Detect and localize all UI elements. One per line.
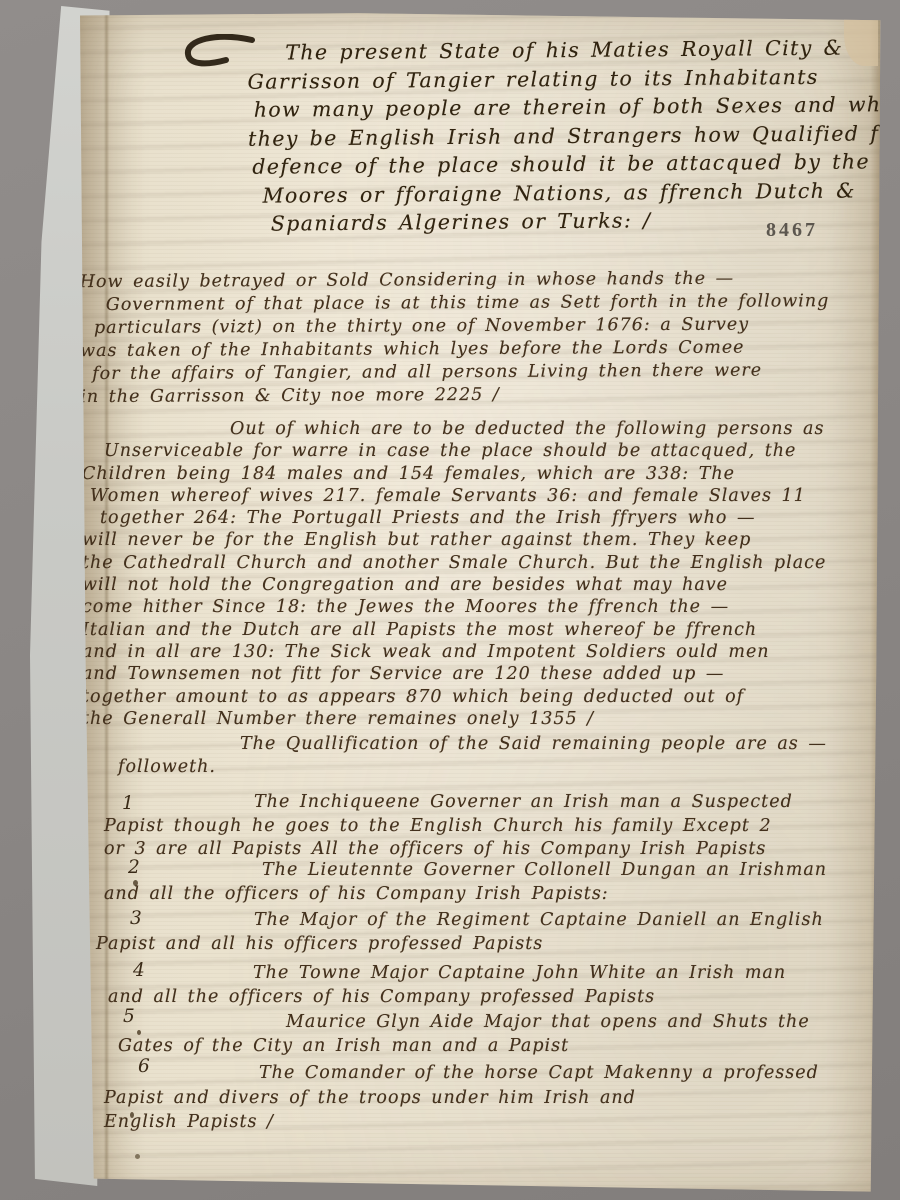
manuscript-line: for the affairs of Tangier, and all pers… — [92, 359, 880, 386]
manuscript-line: will not hold the Congregation and are b… — [82, 574, 882, 596]
ink-spot — [135, 1154, 140, 1159]
manuscript-line: The Lieutennte Governer Collonell Dungan… — [104, 859, 874, 883]
manuscript-line: in the Garrisson & City noe more 2225 / — [80, 382, 880, 409]
manuscript-line: Papist though he goes to the English Chu… — [104, 815, 874, 839]
item-3-major-regiment: The Major of the Regiment Captaine Danie… — [96, 909, 876, 956]
paragraph-qualification: The Quallification of the Said remaining… — [118, 733, 838, 779]
manuscript-line: The Comander of the horse Capt Makenny a… — [104, 1061, 874, 1086]
manuscript-line: Children being 184 males and 154 females… — [82, 463, 882, 485]
manuscript-line: English Papists / — [104, 1110, 874, 1135]
manuscript-line: or 3 are all Papists All the officers of… — [104, 838, 874, 862]
manuscript-line: Government of that place is at this time… — [106, 290, 880, 317]
manuscript-line: followeth. — [118, 756, 838, 779]
photo-backdrop: The present State of his Maties Royall C… — [0, 0, 900, 1200]
item-5-aide-major: Maurice Glyn Aide Major that opens and S… — [118, 1011, 874, 1058]
manuscript-line: together amount to as appears 870 which … — [82, 686, 882, 708]
item-6-horse-commander: The Comander of the horse Capt Makenny a… — [104, 1061, 874, 1135]
item-4-town-major: The Towne Major Captaine John White an I… — [108, 962, 874, 1009]
manuscript-line: The Inchiqueene Governer an Irish man a … — [104, 791, 874, 815]
manuscript-line: Papist and all his officers professed Pa… — [96, 933, 876, 957]
manuscript-line: The Quallification of the Said remaining… — [118, 733, 838, 756]
item-1-governor: The Inchiqueene Governer an Irish man a … — [104, 791, 874, 862]
item-2-lieutenant-governor: The Lieutennte Governer Collonell Dungan… — [104, 859, 874, 906]
manuscript-line: Out of which are to be deducted the foll… — [82, 418, 882, 440]
folio-number-stamp: 8467 — [766, 219, 818, 242]
manuscript-line: Italian and the Dutch are all Papists th… — [82, 619, 882, 641]
manuscript-line: the Cathedrall Church and another Smale … — [82, 552, 882, 574]
manuscript-line: together 264: The Portugall Priests and … — [100, 507, 882, 529]
manuscript-line: Unserviceable for warre in case the plac… — [104, 440, 882, 462]
manuscript-line: Papist and divers of the troops under hi… — [104, 1086, 874, 1111]
manuscript-line: Gates of the City an Irish man and a Pap… — [118, 1035, 874, 1059]
manuscript-line: and all the officers of his Company Iris… — [104, 883, 874, 907]
manuscript-line: the Generall Number there remaines onely… — [82, 708, 882, 730]
document-title: The present State of his Maties Royall C… — [247, 33, 889, 238]
paragraph-intro: How easily betrayed or Sold Considering … — [80, 267, 881, 409]
manuscript-line: Maurice Glyn Aide Major that opens and S… — [118, 1011, 874, 1035]
manuscript-line: and all the officers of his Company prof… — [108, 986, 874, 1010]
manuscript-line: The Major of the Regiment Captaine Danie… — [96, 909, 876, 933]
manuscript-line: come hither Since 18: the Jewes the Moor… — [82, 596, 882, 618]
manuscript-line: will never be for the English but rather… — [82, 529, 882, 551]
manuscript-line: The present State of his Maties Royall C… — [285, 33, 887, 67]
manuscript-line: and Townsemen not fitt for Service are 1… — [82, 663, 882, 685]
manuscript-page: The present State of his Maties Royall C… — [76, 12, 882, 1194]
manuscript-line: Women whereof wives 217. female Servants… — [90, 485, 882, 507]
manuscript-line: Moores or fforaigne Nations, as ffrench … — [262, 176, 888, 210]
manuscript-line: and in all are 130: The Sick weak and Im… — [82, 641, 882, 663]
paragraph-deductions: Out of which are to be deducted the foll… — [82, 418, 882, 730]
manuscript-line: The Towne Major Captaine John White an I… — [108, 962, 874, 986]
